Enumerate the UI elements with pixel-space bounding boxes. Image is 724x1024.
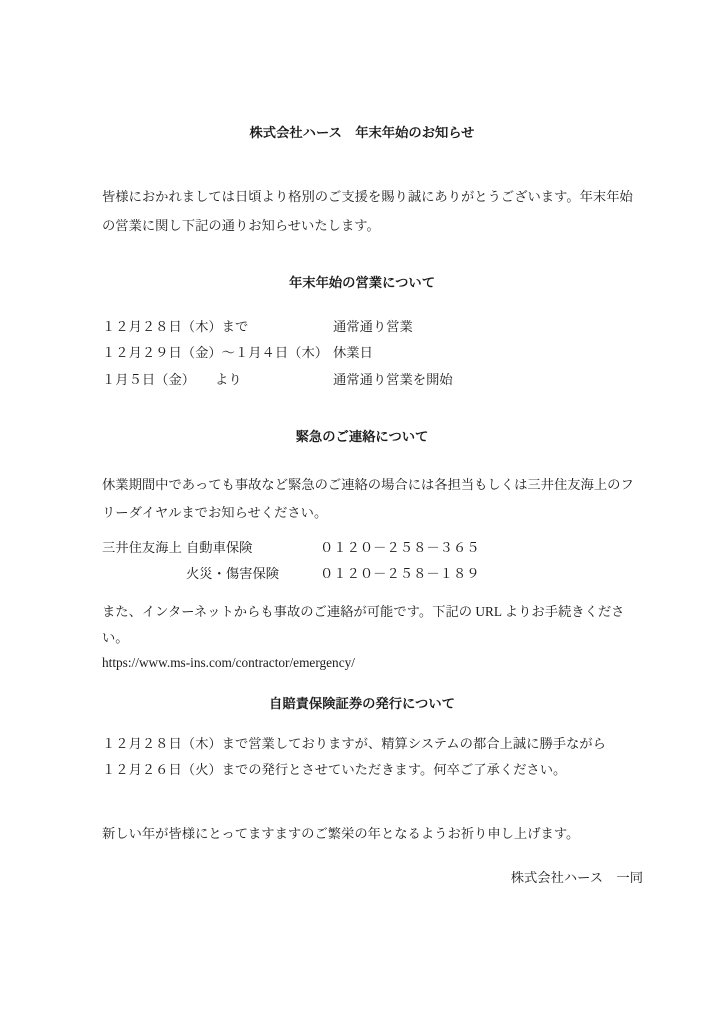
document-page: 株式会社ハース 年末年始のお知らせ 皆様におかれましては日頃より格別のご支援を賜… <box>0 0 724 1024</box>
table-row: １月５日（金） より 通常通り営業を開始 <box>102 367 642 393</box>
contact-insurance-type: 自動車保険 <box>186 535 320 561</box>
jibaiseki-line-1: １２月２８日（木）まで営業しておりますが、精算システムの都合上誠に勝手ながら <box>102 731 642 757</box>
contact-company <box>102 561 186 587</box>
jibaiseki-paragraph: １２月２８日（木）まで営業しておりますが、精算システムの都合上誠に勝手ながら １… <box>102 731 642 783</box>
status-cell: 通常通り営業を開始 <box>333 367 642 393</box>
status-cell: 通常通り営業 <box>333 314 642 340</box>
internet-contact-paragraph: また、インターネットからも事故のご連絡が可能です。下記の URL よりお手続きく… <box>102 599 642 676</box>
contact-phone-number: ０１２０－２５８－３６５ <box>320 535 642 561</box>
internet-note: また、インターネットからも事故のご連絡が可能です。下記の URL よりお手続きく… <box>102 599 642 650</box>
contact-insurance-type: 火災・傷害保険 <box>186 561 320 587</box>
table-row: １２月２８日（木）まで 通常通り営業 <box>102 314 642 340</box>
period-cell: １２月２９日（金）～１月４日（木） <box>102 340 333 366</box>
intro-line-1: 皆様におかれましては日頃より格別のご支援を賜り誠にありがとうございます。年末年始 <box>102 183 642 212</box>
section-heading-emergency-contact: 緊急のご連絡について <box>0 423 724 451</box>
contact-row: 三井住友海上 自動車保険 ０１２０－２５８－３６５ <box>102 535 642 561</box>
emergency-url: https://www.ms-ins.com/contractor/emerge… <box>102 650 642 676</box>
company-signature: 株式会社ハース 一同 <box>102 864 643 892</box>
contact-phone-number: ０１２０－２５８－１８９ <box>320 561 642 587</box>
emergency-line-2: リーダイヤルまでお知らせください。 <box>102 499 642 527</box>
document-title: 株式会社ハース 年末年始のお知らせ <box>0 119 724 147</box>
jibaiseki-line-2: １２月２６日（火）までの発行とさせていただきます。何卒ご了承ください。 <box>102 757 642 783</box>
emergency-line-1: 休業期間中であっても事故など緊急のご連絡の場合には各担当もしくは三井住友海上のフ <box>102 471 642 499</box>
contact-company: 三井住友海上 <box>102 535 186 561</box>
intro-paragraph: 皆様におかれましては日頃より格別のご支援を賜り誠にありがとうございます。年末年始… <box>102 183 642 240</box>
emergency-paragraph: 休業期間中であっても事故など緊急のご連絡の場合には各担当もしくは三井住友海上のフ… <box>102 471 642 527</box>
intro-line-2: の営業に関し下記の通りお知らせいたします。 <box>102 212 642 241</box>
business-hours-table: １２月２８日（木）まで 通常通り営業 １２月２９日（金）～１月４日（木） 休業日… <box>102 314 642 393</box>
status-cell: 休業日 <box>333 340 642 366</box>
period-cell: １２月２８日（木）まで <box>102 314 333 340</box>
section-heading-business-hours: 年末年始の営業について <box>0 269 724 297</box>
section-heading-jibaiseki-issuance: 自賠責保険証券の発行について <box>0 690 724 718</box>
closing-greeting: 新しい年が皆様にとってますますのご繁栄の年となるようお祈り申し上げます。 <box>102 820 642 848</box>
period-cell: １月５日（金） より <box>102 367 333 393</box>
contact-list: 三井住友海上 自動車保険 ０１２０－２５８－３６５ 火災・傷害保険 ０１２０－２… <box>102 535 642 586</box>
table-row: １２月２９日（金）～１月４日（木） 休業日 <box>102 340 642 366</box>
contact-row: 火災・傷害保険 ０１２０－２５８－１８９ <box>102 561 642 587</box>
